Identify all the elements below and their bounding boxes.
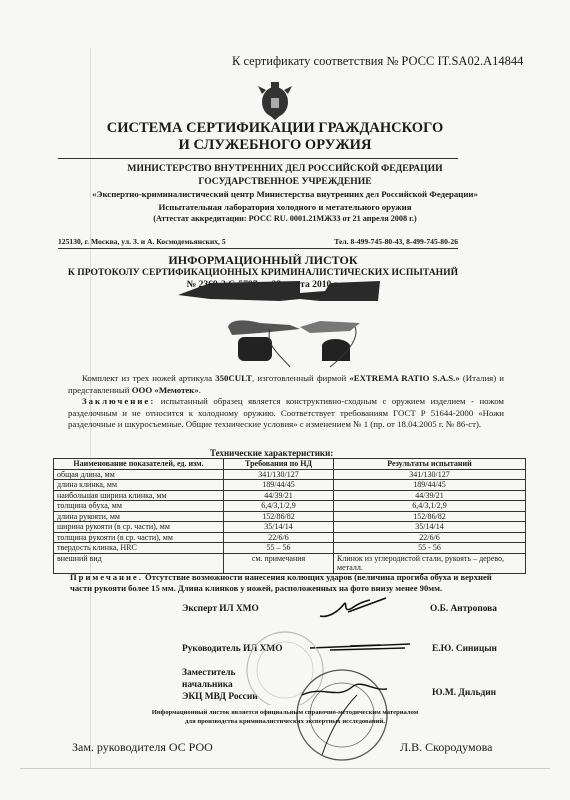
note: Примечание. Отсутствие возможности нанес…: [70, 572, 510, 594]
ministry-line: (Аттестат аккредитации: РОСС RU. 0001.21…: [50, 213, 520, 226]
signature-icon: [318, 596, 388, 620]
signer-name-deputy: Ю.М. Дильдин: [432, 688, 496, 698]
knives-photo: [150, 275, 380, 375]
conclusion-label: Заключение:: [82, 396, 155, 406]
result-cell: 341/130/127: [334, 469, 526, 480]
table-row: длина рукояти, мм152/86/82152/86/82: [54, 511, 526, 522]
parameter-cell: наибольшая ширина клинка, мм: [54, 490, 224, 501]
ministry-header: МИНИСТЕРСТВО ВНУТРЕННИХ ДЕЛ РОССИЙСКОЙ Ф…: [50, 163, 520, 226]
system-title: СИСТЕМА СЕРТИФИКАЦИИ ГРАЖДАНСКОГО И СЛУЖ…: [90, 120, 460, 154]
bottom-signer-name: Л.В. Скородумова: [400, 740, 492, 755]
result-cell: Клинок из углеродистой стали, рукоять – …: [334, 553, 526, 573]
requirement-cell: 189/44/45: [224, 480, 334, 491]
kit-article: 350CULT: [215, 373, 252, 383]
table-row: твердость клинка, HRC55 – 5655 - 56: [54, 543, 526, 554]
ministry-line: «Экспертно-криминалистический центр Мини…: [50, 188, 520, 201]
address: 125130, г. Москва, ул. З. и А. Космодемь…: [58, 237, 226, 246]
requirement-cell: 152/86/82: [224, 511, 334, 522]
parameter-cell: общая длина, мм: [54, 469, 224, 480]
info-title: ИНФОРМАЦИОННЫЙ ЛИСТОК: [58, 253, 468, 267]
parameter-cell: толщина обуха, мм: [54, 501, 224, 512]
parameter-cell: толщина рукояти (в ср. части), мм: [54, 532, 224, 543]
tech-caption: Технические характеристики:: [210, 448, 333, 458]
result-cell: 44/39/21: [334, 490, 526, 501]
certificate-reference: К сертификату соответствия № РОСС IT.SA0…: [232, 54, 523, 69]
signer-role-expert: Эксперт ИЛ ХМО: [182, 604, 259, 614]
signer-name-head: Е.Ю. Синицын: [432, 644, 497, 654]
result-cell: 22/6/6: [334, 532, 526, 543]
result-cell: 6,4/3,1/2,9: [334, 501, 526, 512]
system-title-line-1: СИСТЕМА СЕРТИФИКАЦИИ ГРАЖДАНСКОГО: [90, 120, 460, 137]
tech-table: Наименование показателей, ед. изм. Требо…: [53, 458, 526, 574]
requirement-cell: 22/6/6: [224, 532, 334, 543]
ministry-line: ГОСУДАРСТВЕННОЕ УЧРЕЖДЕНИЕ: [50, 176, 520, 189]
table-row: ширина рукояти (в ср. части), мм35/14/14…: [54, 522, 526, 533]
certificate-page: К сертификату соответствия № РОСС IT.SA0…: [0, 0, 570, 800]
page-bottom-edge: [20, 768, 550, 769]
col-header: Наименование показателей, ед. изм.: [54, 459, 224, 470]
col-header: Требования по НД: [224, 459, 334, 470]
divider: [58, 248, 458, 249]
result-cell: 152/86/82: [334, 511, 526, 522]
coat-of-arms-icon: [258, 80, 292, 120]
kit-text: , изготовленный фирмой: [252, 373, 349, 383]
parameter-cell: длина клинка, мм: [54, 480, 224, 491]
requirement-cell: 55 – 56: [224, 543, 334, 554]
table-row: внешний видсм. примечанияКлинок из углер…: [54, 553, 526, 573]
kit-distributor: ООО «Мемотек»: [132, 385, 199, 395]
table-row: толщина обуха, мм6,4/3,1/2,96,4/3,1/2,9: [54, 501, 526, 512]
footer-note: Информационный листок является официальн…: [120, 708, 450, 726]
divider: [58, 158, 458, 159]
address-row: 125130, г. Москва, ул. З. и А. Космодемь…: [58, 237, 458, 246]
table-row: длина клинка, мм189/44/45189/44/45: [54, 480, 526, 491]
parameter-cell: внешний вид: [54, 553, 224, 573]
signer-name-expert: О.Б. Антропова: [430, 604, 497, 614]
parameter-cell: ширина рукояти (в ср. части), мм: [54, 522, 224, 533]
footer-note-line: для производства криминалистических эксп…: [120, 717, 450, 726]
kit-paragraph: Комплект из трех ножей артикула 350CULT,…: [68, 373, 504, 396]
table-row: наибольшая ширина клинка, мм44/39/2144/3…: [54, 490, 526, 501]
result-cell: 35/14/14: [334, 522, 526, 533]
col-header: Результаты испытаний: [334, 459, 526, 470]
kit-text: Комплект из трех ножей артикула: [82, 373, 215, 383]
note-label: Примечание.: [70, 572, 143, 582]
system-title-line-2: И СЛУЖЕБНОГО ОРУЖИЯ: [90, 137, 460, 154]
bottom-signer-role: Зам. руководителя ОС РОО: [72, 740, 213, 755]
parameter-cell: длина рукояти, мм: [54, 511, 224, 522]
kit-description: Комплект из трех ножей артикула 350CULT,…: [68, 373, 504, 431]
requirement-cell: 35/14/14: [224, 522, 334, 533]
ministry-line: Испытательная лаборатория холодного и ме…: [50, 201, 520, 214]
requirement-cell: см. примечания: [224, 553, 334, 573]
phones: Тел. 8-499-745-80-43, 8-499-745-80-26: [334, 237, 458, 246]
table-row: общая длина, мм341/130/127341/130/127: [54, 469, 526, 480]
result-cell: 189/44/45: [334, 480, 526, 491]
kit-maker: «EXTREMA RATIO S.A.S.»: [349, 373, 459, 383]
conclusion-paragraph: Заключение: испытанный образец является …: [68, 396, 504, 431]
ministry-line: МИНИСТЕРСТВО ВНУТРЕННИХ ДЕЛ РОССИЙСКОЙ Ф…: [50, 163, 520, 176]
table-row: толщина рукояти (в ср. части), мм22/6/62…: [54, 532, 526, 543]
kit-text: .: [199, 385, 201, 395]
table-header-row: Наименование показателей, ед. изм. Требо…: [54, 459, 526, 470]
requirement-cell: 341/130/127: [224, 469, 334, 480]
footer-note-line: Информационный листок является официальн…: [120, 708, 450, 717]
requirement-cell: 6,4/3,1/2,9: [224, 501, 334, 512]
result-cell: 55 - 56: [334, 543, 526, 554]
parameter-cell: твердость клинка, HRC: [54, 543, 224, 554]
requirement-cell: 44/39/21: [224, 490, 334, 501]
